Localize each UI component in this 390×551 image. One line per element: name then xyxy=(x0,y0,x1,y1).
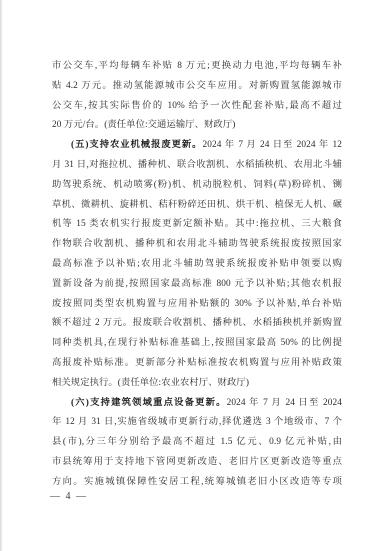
text-line: 作物联合收割机、播种机和农用北斗辅助驾驶系统报废按照国家 xyxy=(52,235,342,255)
body-text-run: 同种类机具,在现行补贴标准基础上,按照国家最高 50% 的比例提 xyxy=(52,338,342,348)
text-line: 贴 4.2 万元。推动氢能源城市公交车应用。对新购置氢能源城市 xyxy=(52,77,342,97)
body-text-run: 最高标准予以补贴;农用北斗辅助驾驶系统报废补贴申领要以购 xyxy=(52,259,342,269)
page-number: — 4 — xyxy=(50,490,88,503)
body-text-run: 额不超过 2 万元。报废联合收割机、播种机、水稻插秧机并新购置 xyxy=(52,318,342,328)
text-line: 机等 15 类农机实行报废更新定额补贴。其中:拖拉机、三大粮食 xyxy=(52,215,342,235)
text-line: (六)支持建筑领域重点设备更新。2024 年 7 月 24 日至 2024 xyxy=(52,394,342,414)
text-line: 相关规定执行。(责任单位:农业农村厅、财政厅) xyxy=(52,374,342,394)
body-text-run: 月 31 日,对拖拉机、播种机、联合收割机、水稻插秧机、农用北斗辅 xyxy=(52,160,342,170)
body-text-run: 草机、微耕机、旋耕机、秸秆粉碎还田机、烘干机、植保无人机、碾米 xyxy=(52,200,342,216)
text-line: 助驾驶系统、机动喷雾(粉)机、机动脱粒机、饲料(草)粉碎机、铡 xyxy=(52,176,342,196)
text-line: 废按照同类型农机购置与应用补贴额的 30% 予以补贴,单台补贴 xyxy=(52,295,342,315)
text-line: 市公交车,平均每辆车补贴 8 万元;更换动力电池,平均每辆车补 xyxy=(52,57,342,77)
body-text-run: 20 万元/台。(责任单位:交通运输厅、财政厅) xyxy=(52,120,235,130)
body-text-run: 废按照同类型农机购置与应用补贴额的 30% 予以补贴,单台补贴 xyxy=(52,299,342,309)
body-text-run: 市县统筹用于支持地下管网更新改造、老旧片区更新改造等重点 xyxy=(52,457,342,467)
body-text-run: 年 12 月 31 日,实施省级城市更新行动,择优遴选 3 个地级市、7 个 xyxy=(52,417,342,427)
body-text-run: 作物联合收割机、播种机和农用北斗辅助驾驶系统报废按照国家 xyxy=(52,239,342,249)
body-text-run: 市公交车,平均每辆车补贴 8 万元;更换动力电池,平均每辆车补 xyxy=(52,61,342,71)
text-line: 公交车,按其实际售价的 10% 给予一次性配套补贴,最高不超过 xyxy=(52,97,342,117)
text-line: 额不超过 2 万元。报废联合收割机、播种机、水稻插秧机并新购置 xyxy=(52,314,342,334)
text-line: 市县统筹用于支持地下管网更新改造、老旧片区更新改造等重点 xyxy=(52,453,342,473)
text-line: 最高标准予以补贴;农用北斗辅助驾驶系统报废补贴申领要以购 xyxy=(52,255,342,275)
body-text-run: 助驾驶系统、机动喷雾(粉)机、机动脱粒机、饲料(草)粉碎机、铡 xyxy=(52,180,342,190)
document-body: 市公交车,平均每辆车补贴 8 万元;更换动力电池,平均每辆车补贴 4.2 万元。… xyxy=(52,57,342,493)
text-line: 县(市),分三年分别给予最高不超过 1.5 亿元、0.9 亿元补贴,由 xyxy=(52,433,342,453)
text-line: (五)支持农业机械报废更新。2024 年 7 月 24 日至 2024 年 12 xyxy=(52,136,342,156)
text-line: 高报废补贴标准。更新部分补贴标准按农机购置与应用补贴政策 xyxy=(52,354,342,374)
text-line: 月 31 日,对拖拉机、播种机、联合收割机、水稻插秧机、农用北斗辅 xyxy=(52,156,342,176)
body-text-run: 机等 15 类农机实行报废更新定额补贴。其中:拖拉机、三大粮食 xyxy=(52,219,342,229)
text-line: 置新设备为前提,按照国家最高标准 800 元予以补贴;其他农机报 xyxy=(52,275,342,295)
body-text-run: 置新设备为前提,按照国家最高标准 800 元予以补贴;其他农机报 xyxy=(52,279,342,289)
body-text-run: 县(市),分三年分别给予最高不超过 1.5 亿元、0.9 亿元补贴,由 xyxy=(52,437,342,447)
text-line: 同种类机具,在现行补贴标准基础上,按照国家最高 50% 的比例提 xyxy=(52,334,342,354)
body-text-run: 高报废补贴标准。更新部分补贴标准按农机购置与应用补贴政策 xyxy=(52,358,342,368)
text-line: 20 万元/台。(责任单位:交通运输厅、财政厅) xyxy=(52,116,342,136)
section-heading: (六)支持建筑领域重点设备更新。 xyxy=(71,398,227,408)
body-text-run: 方向。实施城镇保障性安居工程,统筹城镇老旧小区改造等专项 xyxy=(52,477,342,487)
body-text-run: 2024 年 7 月 24 日至 2024 年 12 xyxy=(202,140,342,150)
document-page: 市公交车,平均每辆车补贴 8 万元;更换动力电池,平均每辆车补贴 4.2 万元。… xyxy=(0,0,390,551)
body-text-run: 贴 4.2 万元。推动氢能源城市公交车应用。对新购置氢能源城市 xyxy=(52,81,342,91)
text-line: 方向。实施城镇保障性安居工程,统筹城镇老旧小区改造等专项 xyxy=(52,473,342,493)
text-line: 年 12 月 31 日,实施省级城市更新行动,择优遴选 3 个地级市、7 个 xyxy=(52,413,342,433)
body-text-run: 2024 年 7 月 24 日至 2024 xyxy=(227,398,342,408)
body-text-run: 公交车,按其实际售价的 10% 给予一次性配套补贴,最高不超过 xyxy=(52,101,342,111)
text-line: 草机、微耕机、旋耕机、秸秆粉碎还田机、烘干机、植保无人机、碾米 xyxy=(52,196,342,216)
body-text-run: 相关规定执行。(责任单位:农业农村厅、财政厅) xyxy=(52,378,249,388)
section-heading: (五)支持农业机械报废更新。 xyxy=(71,140,202,150)
